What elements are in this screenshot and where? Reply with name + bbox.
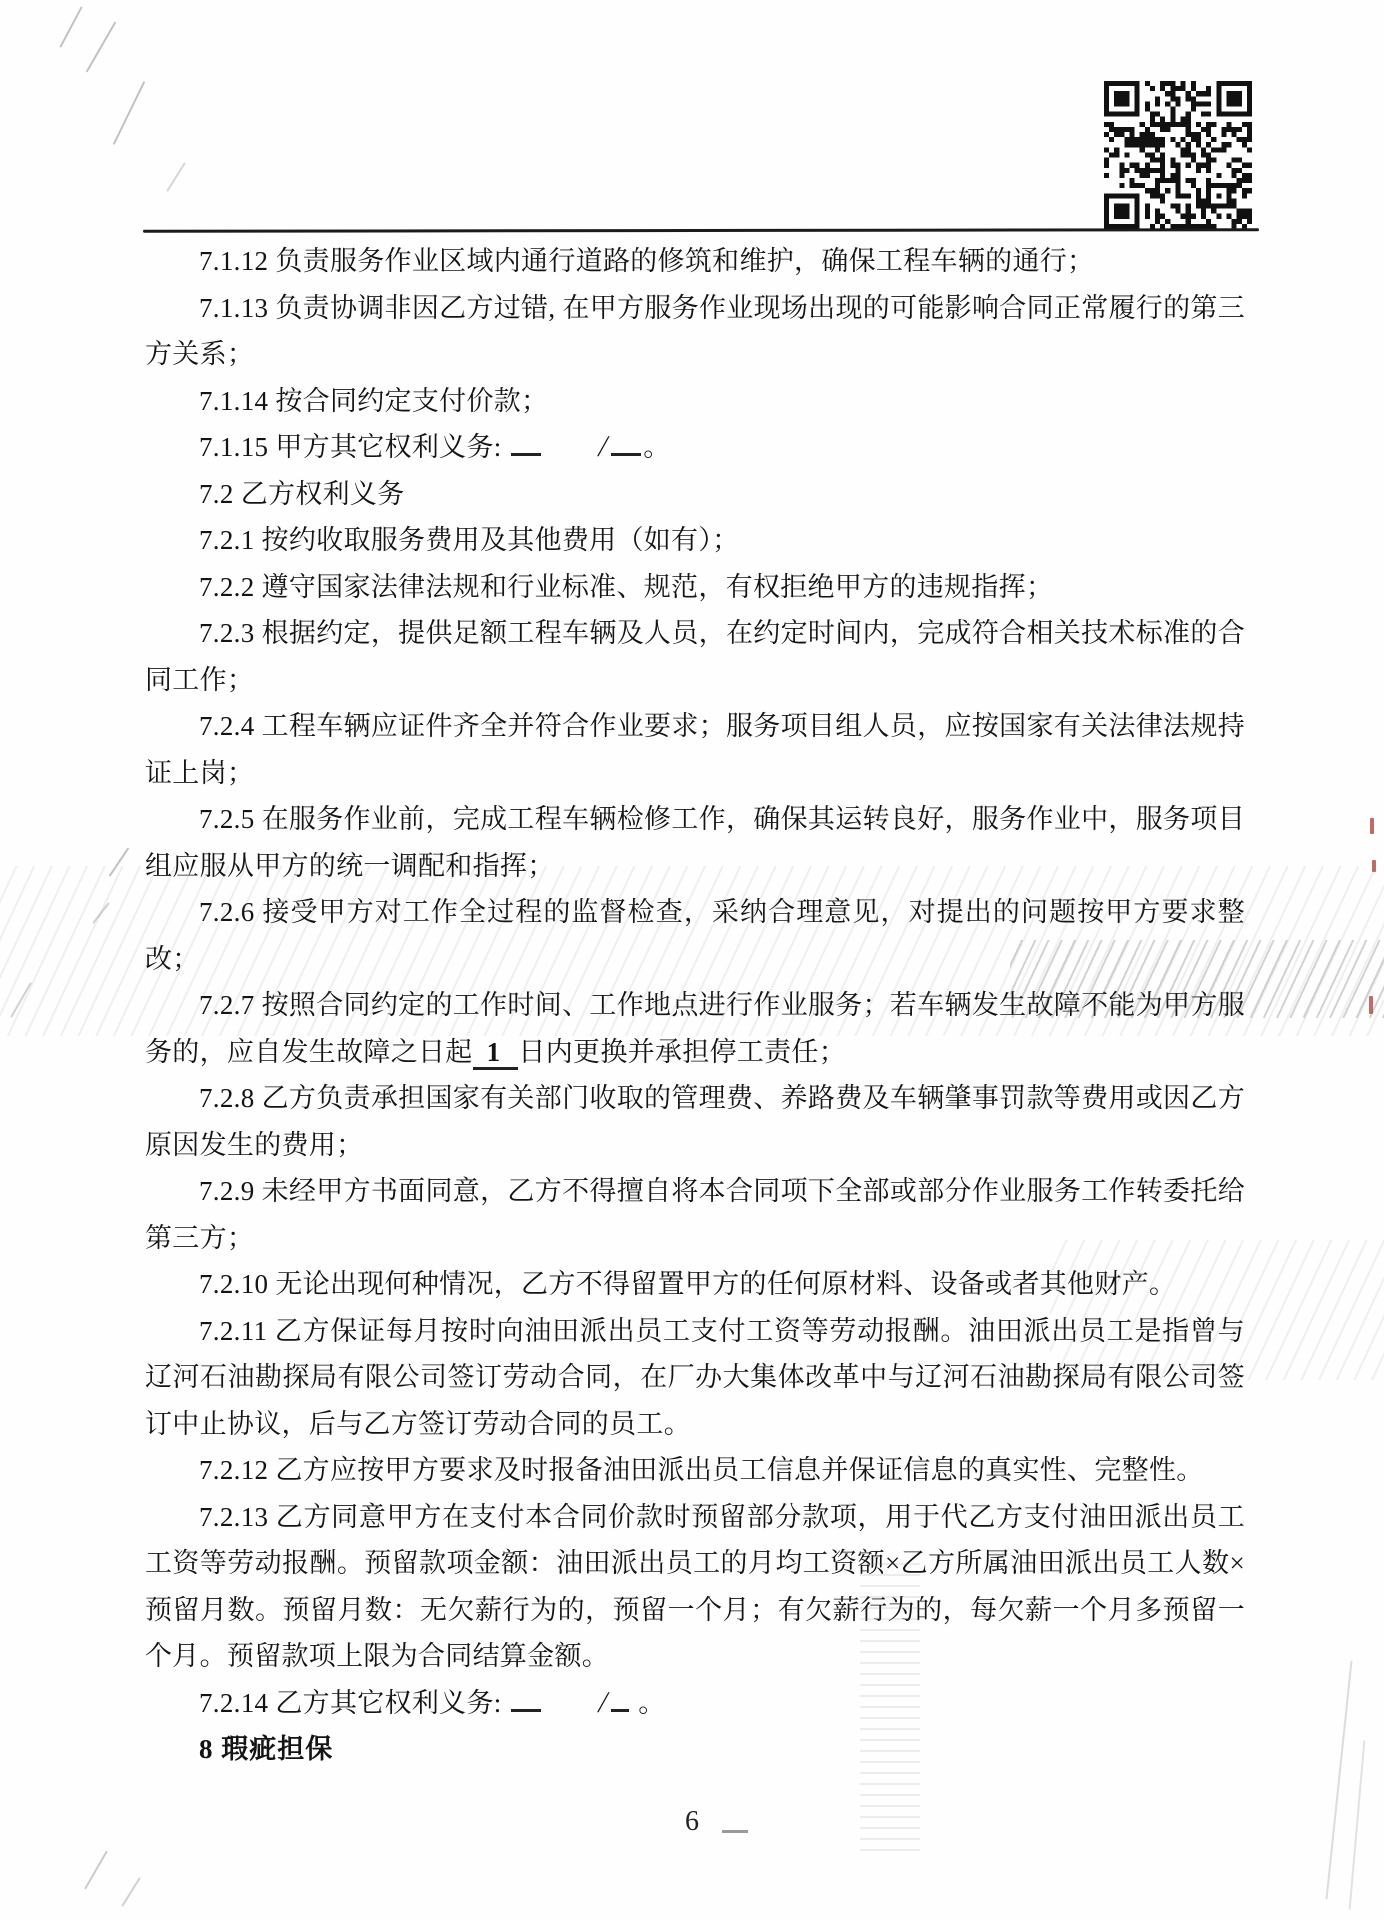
scan-artifact <box>1369 996 1373 1014</box>
scan-artifact <box>722 1830 748 1833</box>
scan-artifact <box>121 1877 141 1907</box>
slash-mark: / <box>538 1680 615 1727</box>
scan-artifact <box>10 982 32 1018</box>
scan-artifact <box>59 6 82 48</box>
scan-artifact <box>1370 818 1374 834</box>
clause-7-2-14: 7.2.14 乙方其它权利义务: / 。 <box>145 1680 1245 1727</box>
blank-underline <box>511 451 541 456</box>
contract-body: 7.1.12 负责服务作业区域内通行道路的修筑和维护，确保工程车辆的通行； 7.… <box>145 238 1245 1773</box>
filled-in-days-value: 1 <box>473 1037 519 1070</box>
clause-7-2-11: 7.2.11 乙方保证每月按时向油田派出员工支付工资等劳动报酬。油田派出员工是指… <box>145 1308 1245 1448</box>
scan-artifact <box>1325 1661 1352 1900</box>
scanned-contract-page: 7.1.12 负责服务作业区域内通行道路的修筑和维护，确保工程车辆的通行； 7.… <box>0 0 1384 1920</box>
scan-artifact <box>92 902 110 924</box>
clause-7-1-12: 7.1.12 负责服务作业区域内通行道路的修筑和维护，确保工程车辆的通行； <box>145 238 1245 285</box>
clause-7-2-10: 7.2.10 无论出现何种情况，乙方不得留置甲方的任何原材料、设备或者其他财产。 <box>145 1261 1245 1308</box>
clause-7-1-14: 7.1.14 按合同约定支付价款； <box>145 378 1245 425</box>
clause-7-2-3: 7.2.3 根据约定，提供足额工程车辆及人员，在约定时间内，完成符合相关技术标准… <box>145 610 1245 703</box>
page-number: 6 <box>0 1806 1384 1838</box>
clause-7-1-15: 7.1.15 甲方其它权利义务: /。 <box>145 424 1245 471</box>
qr-code-icon <box>1104 80 1252 230</box>
clause-7-2-8: 7.2.8 乙方负责承担国家有关部门收取的管理费、养路费及车辆肇事罚款等费用或因… <box>145 1075 1245 1168</box>
scan-artifact <box>166 162 186 192</box>
clause-7-2-2: 7.2.2 遵守国家法律法规和行业标准、规范，有权拒绝甲方的违规指挥； <box>145 564 1245 611</box>
clause-7-2-9: 7.2.9 未经甲方书面同意，乙方不得擅自将本合同项下全部或部分作业服务工作转委… <box>145 1168 1245 1261</box>
scan-artifact <box>113 81 145 145</box>
blank-underline <box>511 1707 541 1712</box>
clause-7-2-5: 7.2.5 在服务作业前，完成工程车辆检修工作，确保其运转良好，服务作业中，服务… <box>145 796 1245 889</box>
scan-artifact <box>86 21 117 72</box>
blank-underline <box>611 1707 629 1712</box>
period: 。 <box>631 1688 665 1718</box>
clause-7-2-12: 7.2.12 乙方应按甲方要求及时报备油田派出员工信息并保证信息的真实性、完整性… <box>145 1447 1245 1494</box>
header-rule <box>143 228 1259 233</box>
clause-7-2-7-post: 日内更换并承担停工责任； <box>518 1037 846 1067</box>
scan-artifact <box>109 847 130 876</box>
clause-7-2-1: 7.2.1 按约收取服务费用及其他费用（如有）； <box>145 517 1245 564</box>
clause-7-1-15-label: 7.1.15 甲方其它权利义务: <box>199 432 509 462</box>
slash-mark: / <box>538 424 615 471</box>
scan-artifact <box>84 1850 108 1889</box>
clause-7-2-14-label: 7.2.14 乙方其它权利义务: <box>199 1688 509 1718</box>
clause-7-1-13: 7.1.13 负责协调非因乙方过错, 在甲方服务作业现场出现的可能影响合同正常履… <box>145 285 1245 378</box>
clause-7-2-6: 7.2.6 接受甲方对工作全过程的监督检查，采纳合理意见，对提出的问题按甲方要求… <box>145 889 1245 982</box>
section-8-heading: 8 瑕疵担保 <box>145 1726 1245 1773</box>
clause-7-2-7: 7.2.7 按照合同约定的工作时间、工作地点进行作业服务；若车辆发生故障不能为甲… <box>145 982 1245 1075</box>
blank-underline <box>611 451 641 456</box>
scan-artifact <box>1372 860 1376 872</box>
clause-7-2: 7.2 乙方权利义务 <box>145 471 1245 518</box>
clause-7-2-13: 7.2.13 乙方同意甲方在支付本合同价款时预留部分款项，用于代乙方支付油田派出… <box>145 1494 1245 1680</box>
clause-7-2-4: 7.2.4 工程车辆应证件齐全并符合作业要求；服务项目组人员，应按国家有关法律法… <box>145 703 1245 796</box>
period: 。 <box>643 432 670 462</box>
